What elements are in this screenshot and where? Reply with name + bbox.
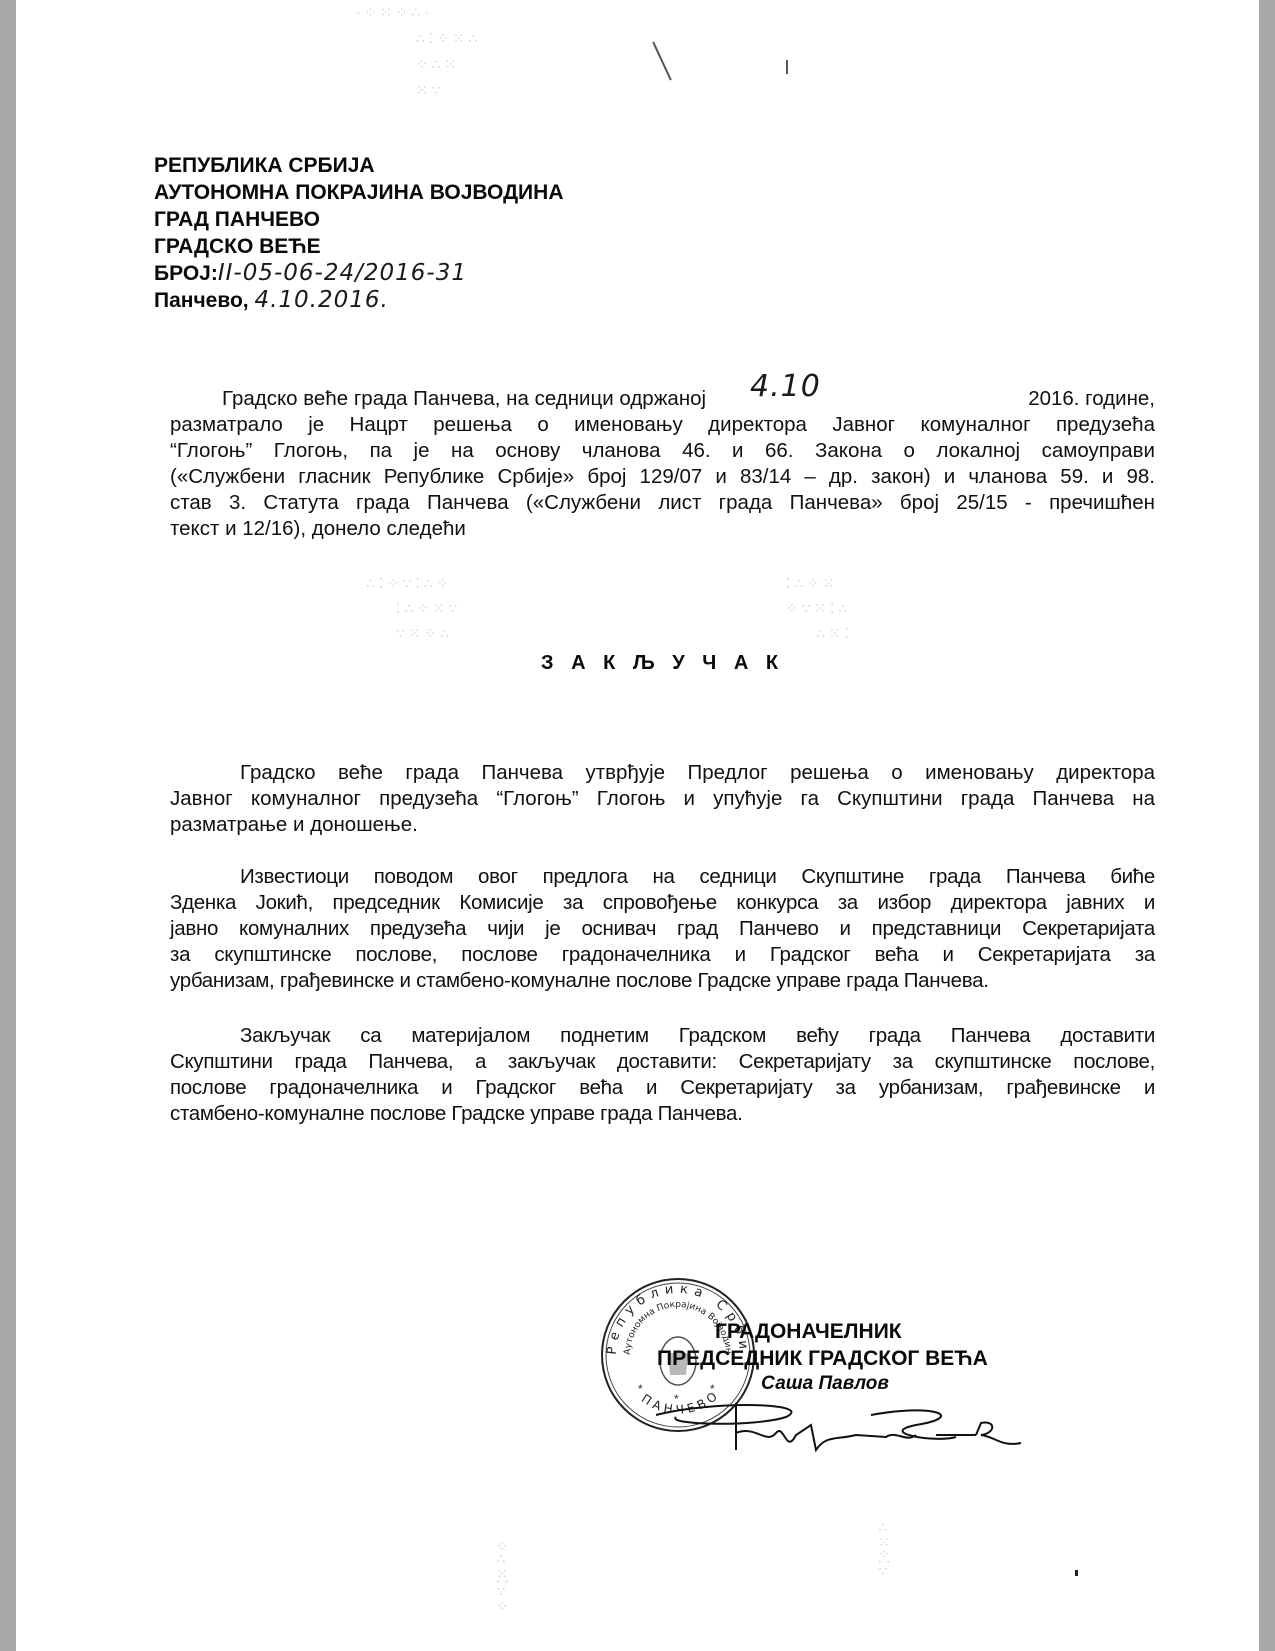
scan-noise: ⁙ ∵ [416,82,441,99]
scan-noise: ∴ ⁚ ⁘ ⁙ ∴ [416,30,477,47]
scan-noise: ⁚ ∴ ⁘ ⁙ [786,575,835,592]
document-number: БРОЈ:II-05-06-24/2016-31 [154,260,467,287]
session-year: 2016. године, [1028,386,1155,412]
scan-noise: ∴ ⁚ ⁘ ∵ ⁚ ∴ ⁘ [366,575,448,592]
scan-noise: ∴ ⁙ ⁚ [816,625,849,642]
p2-line-3: јавно комуналних предузећа чији је оснив… [170,916,1155,942]
place-label: Панчево, [154,289,249,312]
p3-line-4: стамбено-комуналне послове Градске управ… [170,1101,1155,1127]
header-city: ГРАД ПАНЧЕВО [154,206,320,233]
p3-line-3: послове градоначелника и Градског већа и… [170,1075,1155,1101]
scan-mark [1075,1570,1078,1576]
document-date: Панчево, 4.10.2016. [154,287,389,314]
scan-noise: ∴⁙⁘⁚∵ [876,1520,892,1580]
intro-paragraph: Градско веће града Панчева, на седници о… [170,386,1155,542]
conclusion-title: З А К Љ У Ч А К [541,652,784,675]
document-number-handwritten: II-05-06-24/2016-31 [218,260,467,286]
intro-line-4: («Службени гласник Републике Србије» бро… [170,464,1155,490]
intro-line-3: “Глогоњ” Глогоњ, па је на основу чланова… [170,438,1155,464]
scan-noise: ⁘ ∴ ⁙ [416,56,456,73]
conclusion-paragraph-1: Градско веће града Панчева утврђује Пред… [170,760,1155,838]
scan-mark [652,42,672,81]
intro-line-1: Градско веће града Панчева, на седници о… [170,386,1155,412]
p2-line-2: Зденка Јокић, председник Комисије за спр… [170,890,1155,916]
p2-line-4: за скупштинске послове, послове градонач… [170,942,1155,968]
date-handwritten: 4.10.2016. [254,287,388,313]
p2-line-5: урбанизам, грађевинске и стамбено-комуна… [170,968,1155,994]
conclusion-paragraph-3: Закључак са материјалом поднетим Градско… [170,1023,1155,1127]
p1-line-1: Градско веће града Панчева утврђује Пред… [170,760,1155,786]
intro-line-2: разматрало је Нацрт решења о именовању д… [170,412,1155,438]
svg-text:*: * [638,1382,643,1396]
scan-noise: ⁘ ∵ ⁙ ⁚ ∴ [786,600,847,617]
conclusion-paragraph-2: Известиоци поводом овог предлога на седн… [170,864,1155,994]
signature-title-mayor: ГРАДОНАЧЕЛНИК [715,1318,902,1345]
p1-line-2: Јавног комуналног предузећа “Глогоњ” Гло… [170,786,1155,812]
scan-noise: ∵ ⁙ ⁘ ∴ [396,625,449,642]
p1-line-3: разматрање и доношење. [170,812,1155,838]
header-province: АУТОНОМНА ПОКРАЈИНА ВОЈВОДИНА [154,179,563,206]
document-page: · ⁘ ⁙ ⁘ ∴ · ∴ ⁚ ⁘ ⁙ ∴ ⁘ ∴ ⁙ ⁙ ∵ РЕПУБЛИК… [16,0,1259,1651]
scan-noise: ⁚ ∴ ⁘ ⁙ ∵ [396,600,457,617]
session-date-handwritten: 4.10 [750,374,821,400]
header-council: ГРАДСКО ВЕЋЕ [154,233,321,260]
p3-line-1: Закључак са материјалом поднетим Градско… [170,1023,1155,1049]
signature-title-president: ПРЕДСЕДНИК ГРАДСКОГ ВЕЋА [657,1345,988,1372]
scan-noise: ⁘∴⁙⁚∵⁘ [494,1540,510,1612]
handwritten-signature-icon [636,1395,1026,1465]
intro-line-5: став 3. Статута града Панчева («Службени… [170,490,1155,516]
intro-line-6: текст и 12/16), донело следећи [170,516,1155,542]
document-number-label: БРОЈ: [154,262,218,285]
p3-line-2: Скупштини града Панчева, а закључак дост… [170,1049,1155,1075]
header-republic: РЕПУБЛИКА СРБИЈА [154,152,375,179]
signatory-name: Саша Павлов [761,1373,889,1395]
scan-mark [786,60,788,74]
scan-noise: · ⁘ ⁙ ⁘ ∴ · [356,4,429,21]
p2-line-1: Известиоци поводом овог предлога на седн… [170,864,1155,890]
